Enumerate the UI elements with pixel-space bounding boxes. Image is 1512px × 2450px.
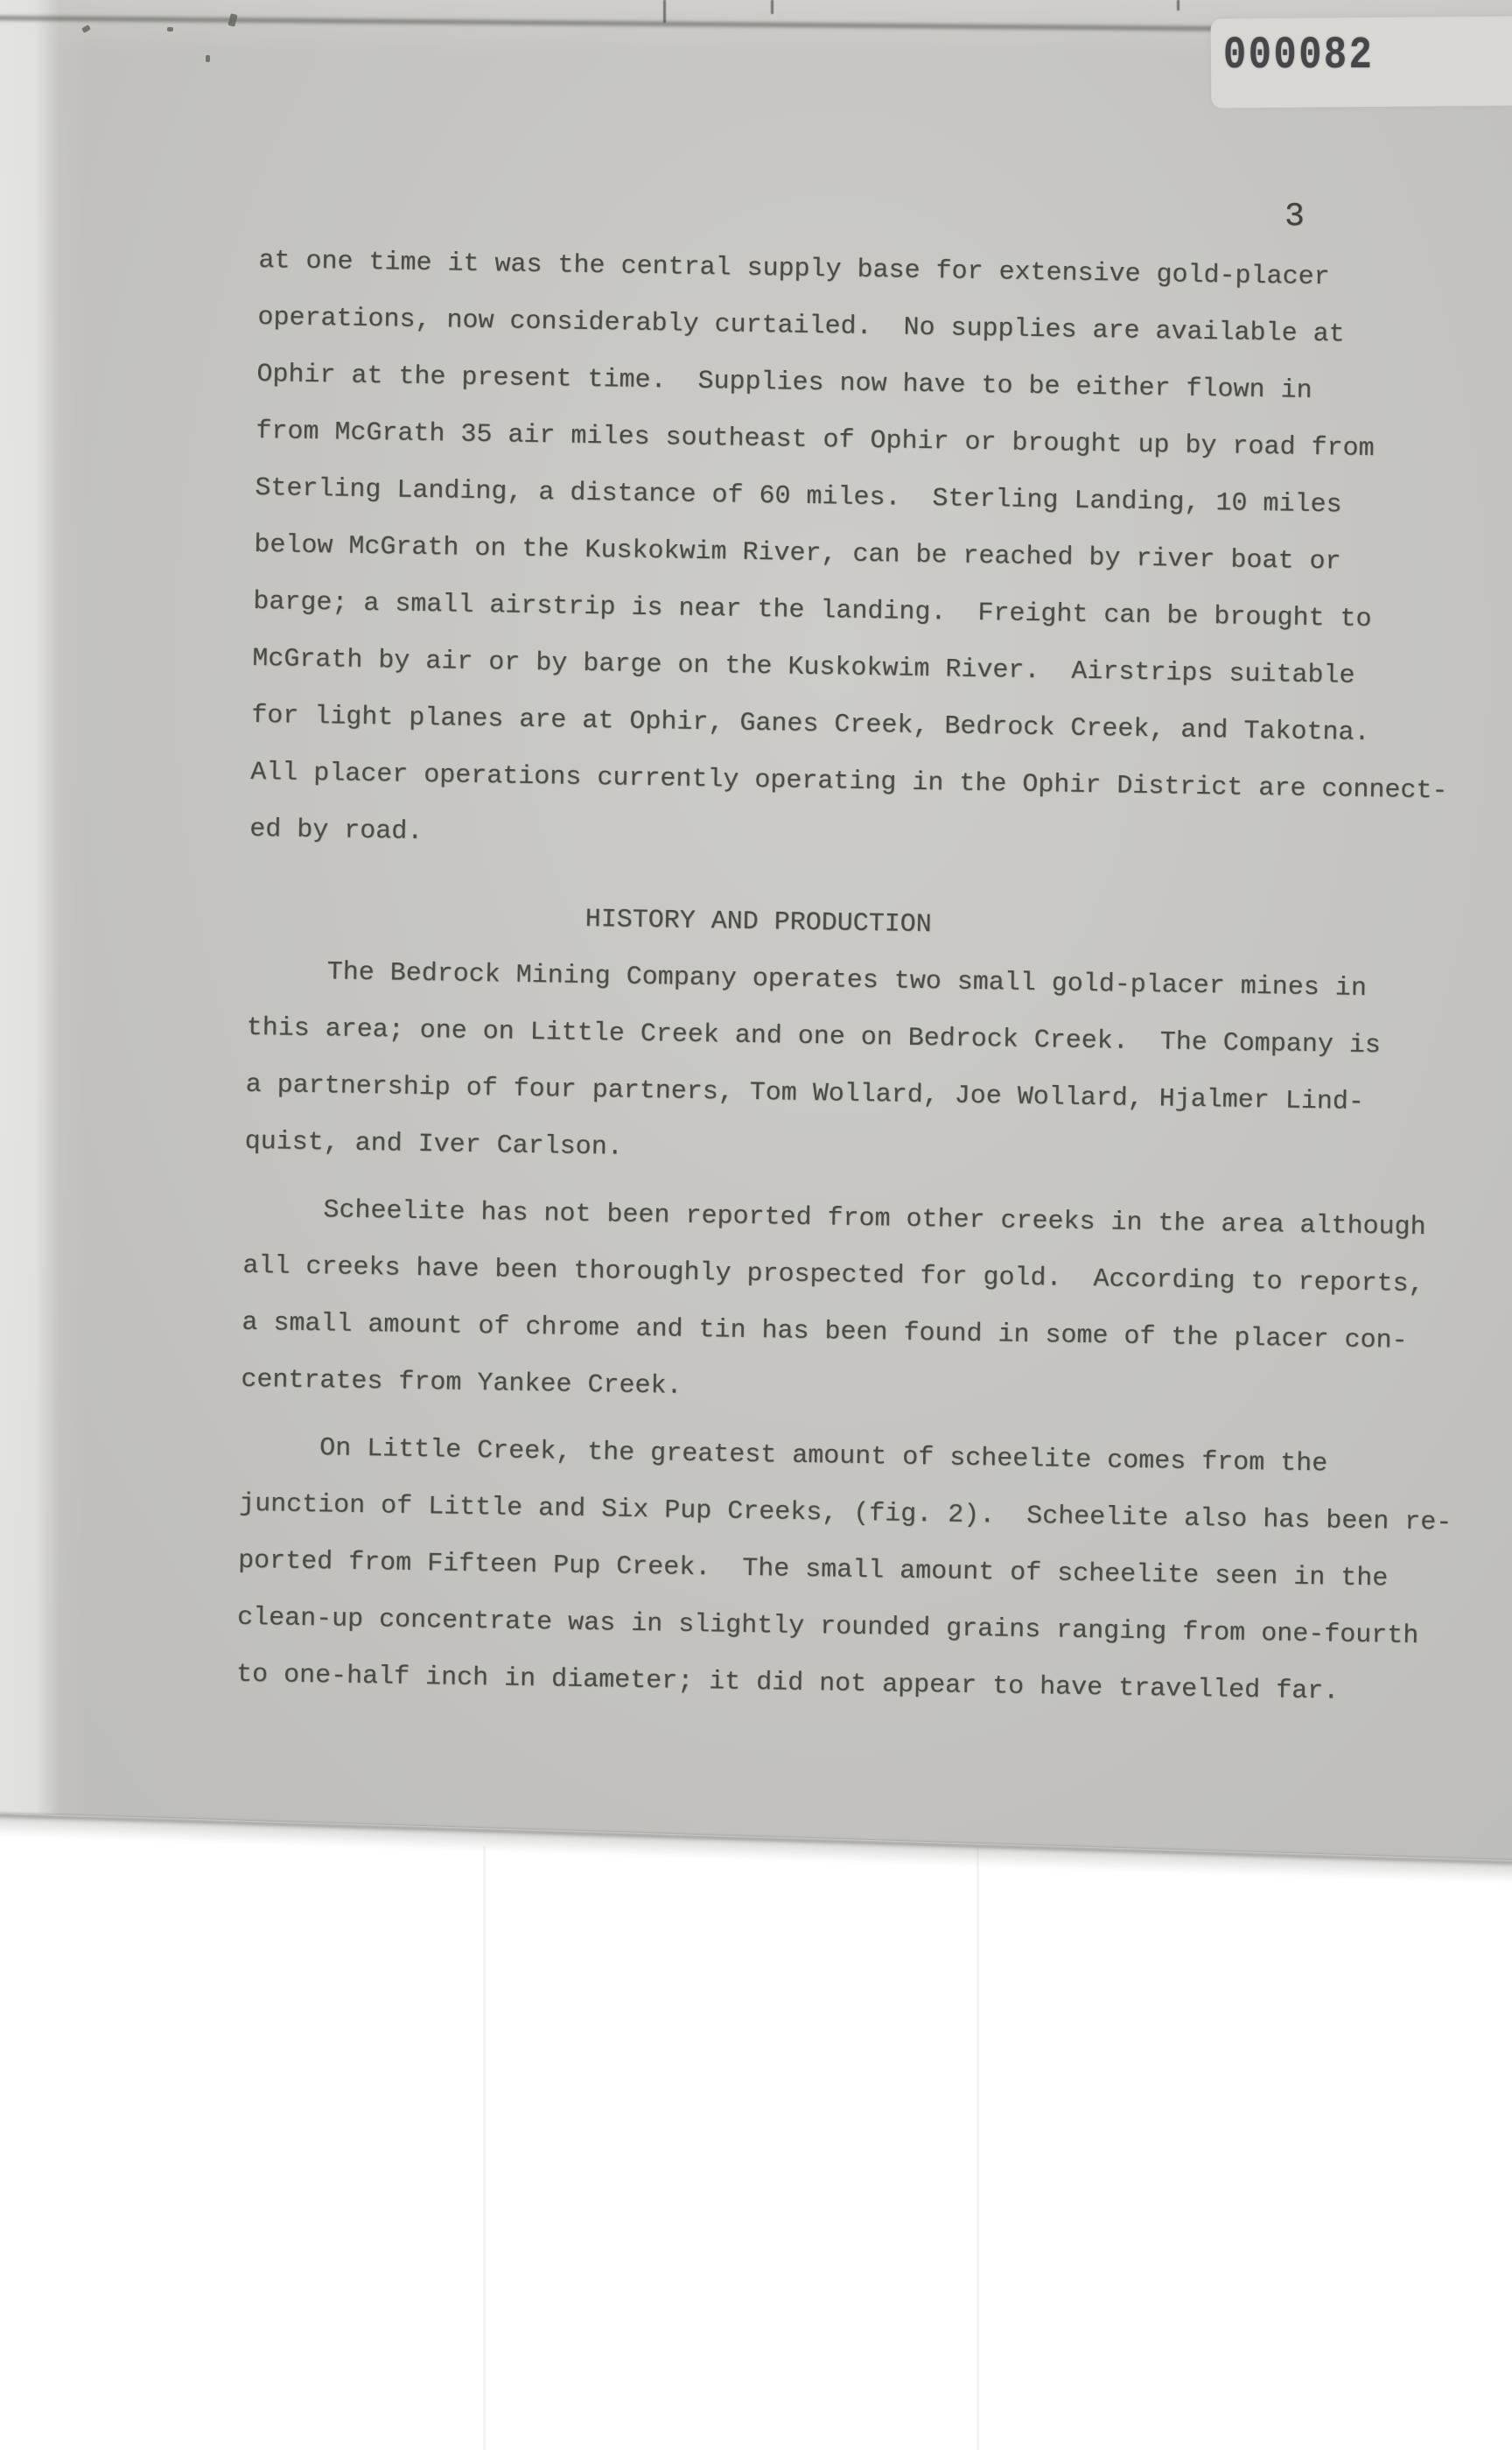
scanned-document-canvas: 000082 3 at one time it was the central … xyxy=(0,0,1512,2450)
page-number: 3 xyxy=(1284,198,1305,235)
paragraph: Scheelite has not been reported from oth… xyxy=(241,1181,1495,1428)
paper-page: 000082 3 at one time it was the central … xyxy=(0,0,1512,1872)
scanner-streak xyxy=(483,1846,486,2450)
paragraph: at one time it was the central supply ba… xyxy=(249,233,1510,878)
document-number-stamp: 000082 xyxy=(1223,30,1374,81)
scan-tick-mark xyxy=(1177,0,1179,10)
dust-speck xyxy=(206,55,210,62)
scan-tick-mark xyxy=(771,0,773,14)
scan-tick-mark xyxy=(663,0,666,23)
document-body: at one time it was the central supply ba… xyxy=(236,233,1510,1723)
paragraph: The Bedrock Mining Company operates two … xyxy=(244,943,1499,1190)
paragraph: On Little Creek, the greatest amount of … xyxy=(236,1419,1492,1723)
scanner-streak xyxy=(976,1846,979,2450)
dust-speck xyxy=(81,24,91,33)
dust-speck xyxy=(167,27,173,31)
